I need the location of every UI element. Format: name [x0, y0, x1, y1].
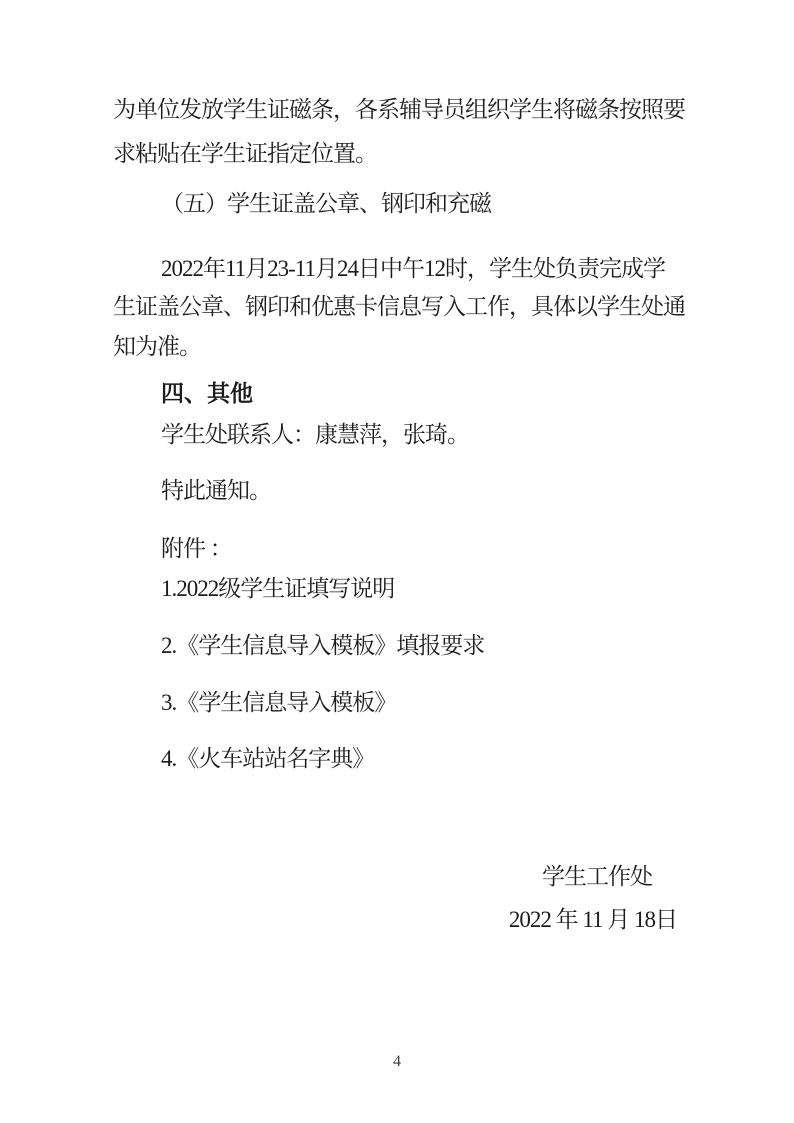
signature-date: 2022 年 11 月 18日 — [509, 906, 677, 934]
attachment-item-3: 3.《学生信息导入模板》 — [161, 689, 396, 717]
document-page: 为单位发放学生证磁条，各系辅导员组织学生将磁条按照要 求粘贴在学生证指定位置。 … — [0, 0, 794, 1123]
body-line-continuation-2: 求粘贴在学生证指定位置。 — [113, 140, 377, 168]
notice-line: 特此通知。 — [161, 477, 271, 505]
page-number: 4 — [0, 1053, 794, 1071]
attachment-item-2: 2.《学生信息导入模板》填报要求 — [161, 632, 484, 660]
attachment-item-1: 1.2022级学生证填写说明 — [161, 575, 394, 603]
section-5-heading: （五）学生证盖公章、钢印和充磁 — [161, 190, 491, 218]
body-line-continuation-1: 为单位发放学生证磁条，各系辅导员组织学生将磁条按照要 — [113, 96, 685, 124]
contact-person-line: 学生处联系人：康慧萍，张琦。 — [161, 421, 469, 449]
section-4-heading: 四、其他 — [161, 379, 253, 407]
section-5-body-line-1: 2022年11月23-11月24日中午12时，学生处负责完成学 — [161, 255, 665, 283]
section-5-body-line-3: 知为准。 — [113, 333, 201, 361]
attachment-item-4: 4.《火车站站名字典》 — [161, 745, 374, 773]
signature-department: 学生工作处 — [542, 863, 652, 891]
attachments-label: 附件 ： — [161, 535, 232, 563]
section-5-body-line-2: 生证盖公章、钢印和优惠卡信息写入工作，具体以学生处通 — [113, 293, 685, 321]
